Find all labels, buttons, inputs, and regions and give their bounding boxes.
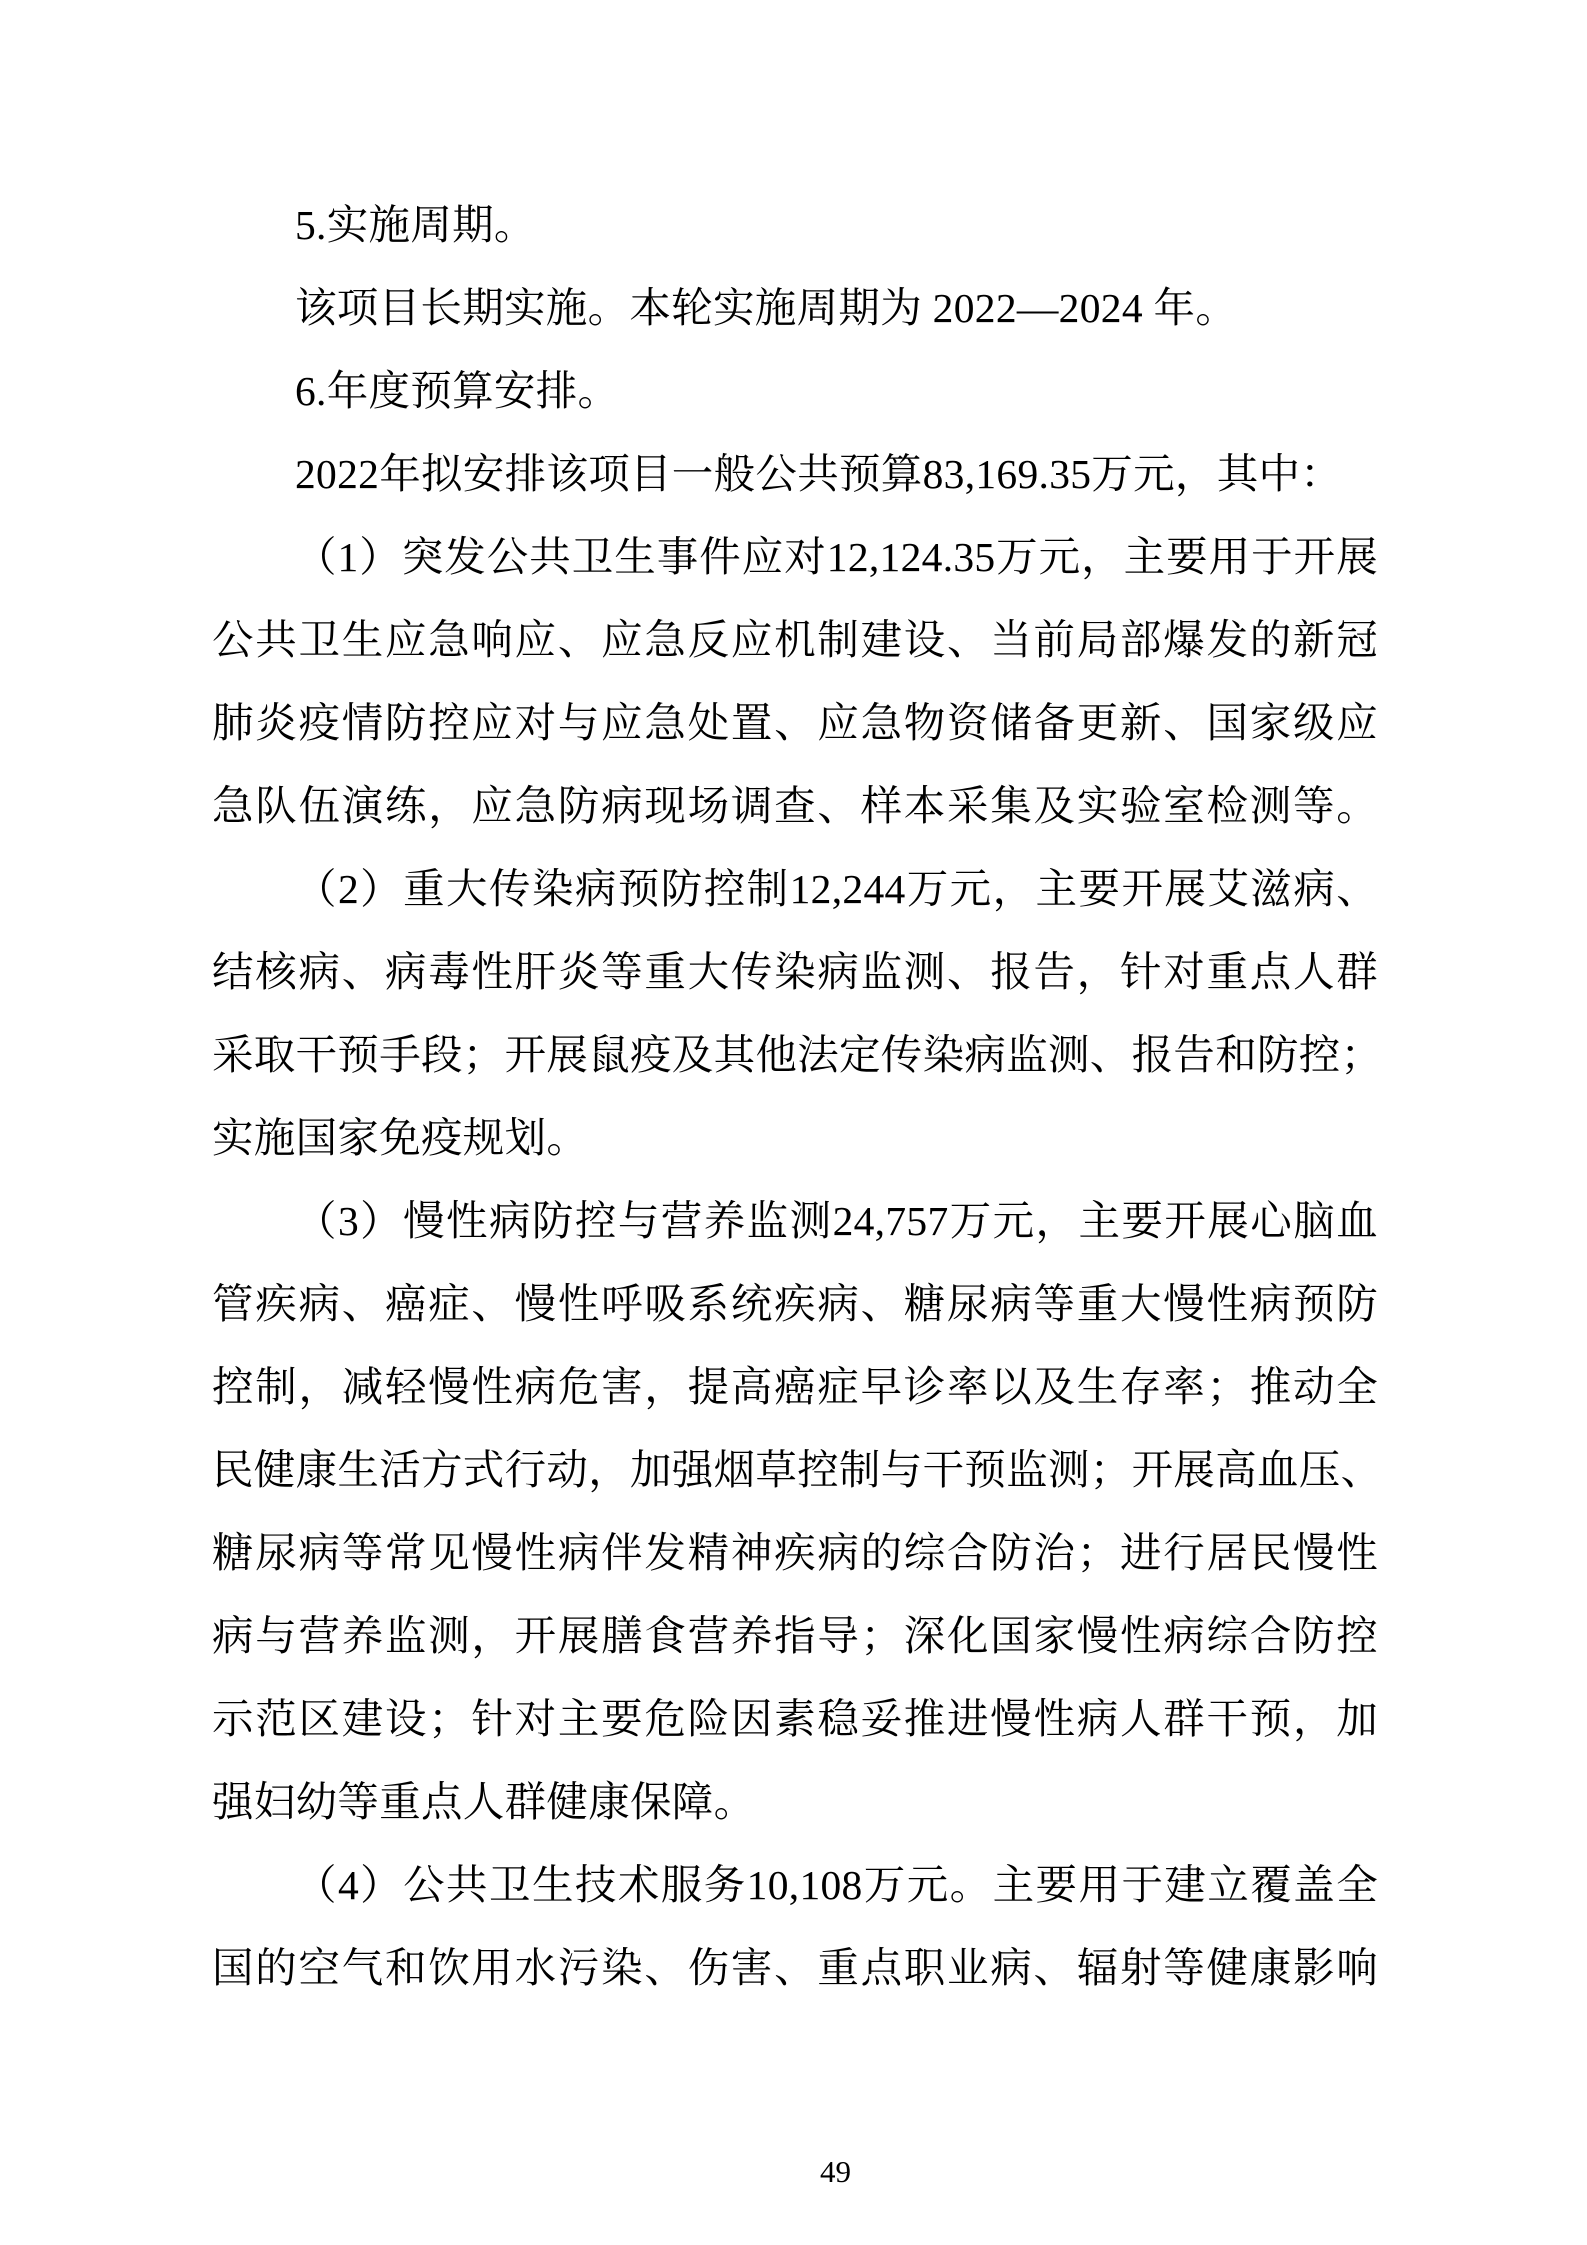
paragraph-line: 采取干预手段；开展鼠疫及其他法定传染病监测、报告和防控； bbox=[212, 1014, 1378, 1097]
paragraph-line-item-4: （4）公共卫生技术服务10,108万元。主要用于建立覆盖全 bbox=[212, 1844, 1378, 1927]
paragraph-line: 急队伍演练，应急防病现场调查、样本采集及实验室检测等。 bbox=[212, 765, 1378, 848]
paragraph-line: 示范区建设；针对主要危险因素稳妥推进慢性病人群干预，加 bbox=[212, 1678, 1378, 1761]
paragraph-line: 强妇幼等重点人群健康保障。 bbox=[212, 1761, 1378, 1844]
paragraph-line-item-1: （1）突发公共卫生事件应对12,124.35万元，主要用于开展 bbox=[212, 516, 1378, 599]
paragraph-line: 管疾病、癌症、慢性呼吸系统疾病、糖尿病等重大慢性病预防 bbox=[212, 1263, 1378, 1346]
document-page: 5.实施周期。 该项目长期实施。本轮实施周期为 2022—2024 年。 6.年… bbox=[0, 0, 1587, 2245]
paragraph-line: 该项目长期实施。本轮实施周期为 2022—2024 年。 bbox=[212, 267, 1378, 350]
paragraph-line: 糖尿病等常见慢性病伴发精神疾病的综合防治；进行居民慢性 bbox=[212, 1512, 1378, 1595]
heading-line-implementation-cycle: 5.实施周期。 bbox=[212, 184, 1378, 267]
page-number: 49 bbox=[820, 2152, 851, 2192]
paragraph-line: 民健康生活方式行动，加强烟草控制与干预监测；开展高血压、 bbox=[212, 1429, 1378, 1512]
paragraph-line-item-3: （3）慢性病防控与营养监测24,757万元，主要开展心脑血 bbox=[212, 1180, 1378, 1263]
paragraph-line: 控制，减轻慢性病危害，提高癌症早诊率以及生存率；推动全 bbox=[212, 1346, 1378, 1429]
paragraph-line: 肺炎疫情防控应对与应急处置、应急物资储备更新、国家级应 bbox=[212, 682, 1378, 765]
paragraph-line: 公共卫生应急响应、应急反应机制建设、当前局部爆发的新冠 bbox=[212, 599, 1378, 682]
page-footer: 49 bbox=[0, 2152, 1587, 2192]
paragraph-line: 实施国家免疫规划。 bbox=[212, 1097, 1378, 1180]
document-body: 5.实施周期。 该项目长期实施。本轮实施周期为 2022—2024 年。 6.年… bbox=[212, 184, 1378, 2010]
paragraph-line: 结核病、病毒性肝炎等重大传染病监测、报告，针对重点人群 bbox=[212, 931, 1378, 1014]
paragraph-line-item-2: （2）重大传染病预防控制12,244万元，主要开展艾滋病、 bbox=[212, 848, 1378, 931]
paragraph-line: 国的空气和饮用水污染、伤害、重点职业病、辐射等健康影响 bbox=[212, 1927, 1378, 2010]
paragraph-line: 病与营养监测，开展膳食营养指导；深化国家慢性病综合防控 bbox=[212, 1595, 1378, 1678]
heading-line-annual-budget: 6.年度预算安排。 bbox=[212, 350, 1378, 433]
paragraph-line: 2022年拟安排该项目一般公共预算83,169.35万元，其中： bbox=[212, 433, 1378, 516]
